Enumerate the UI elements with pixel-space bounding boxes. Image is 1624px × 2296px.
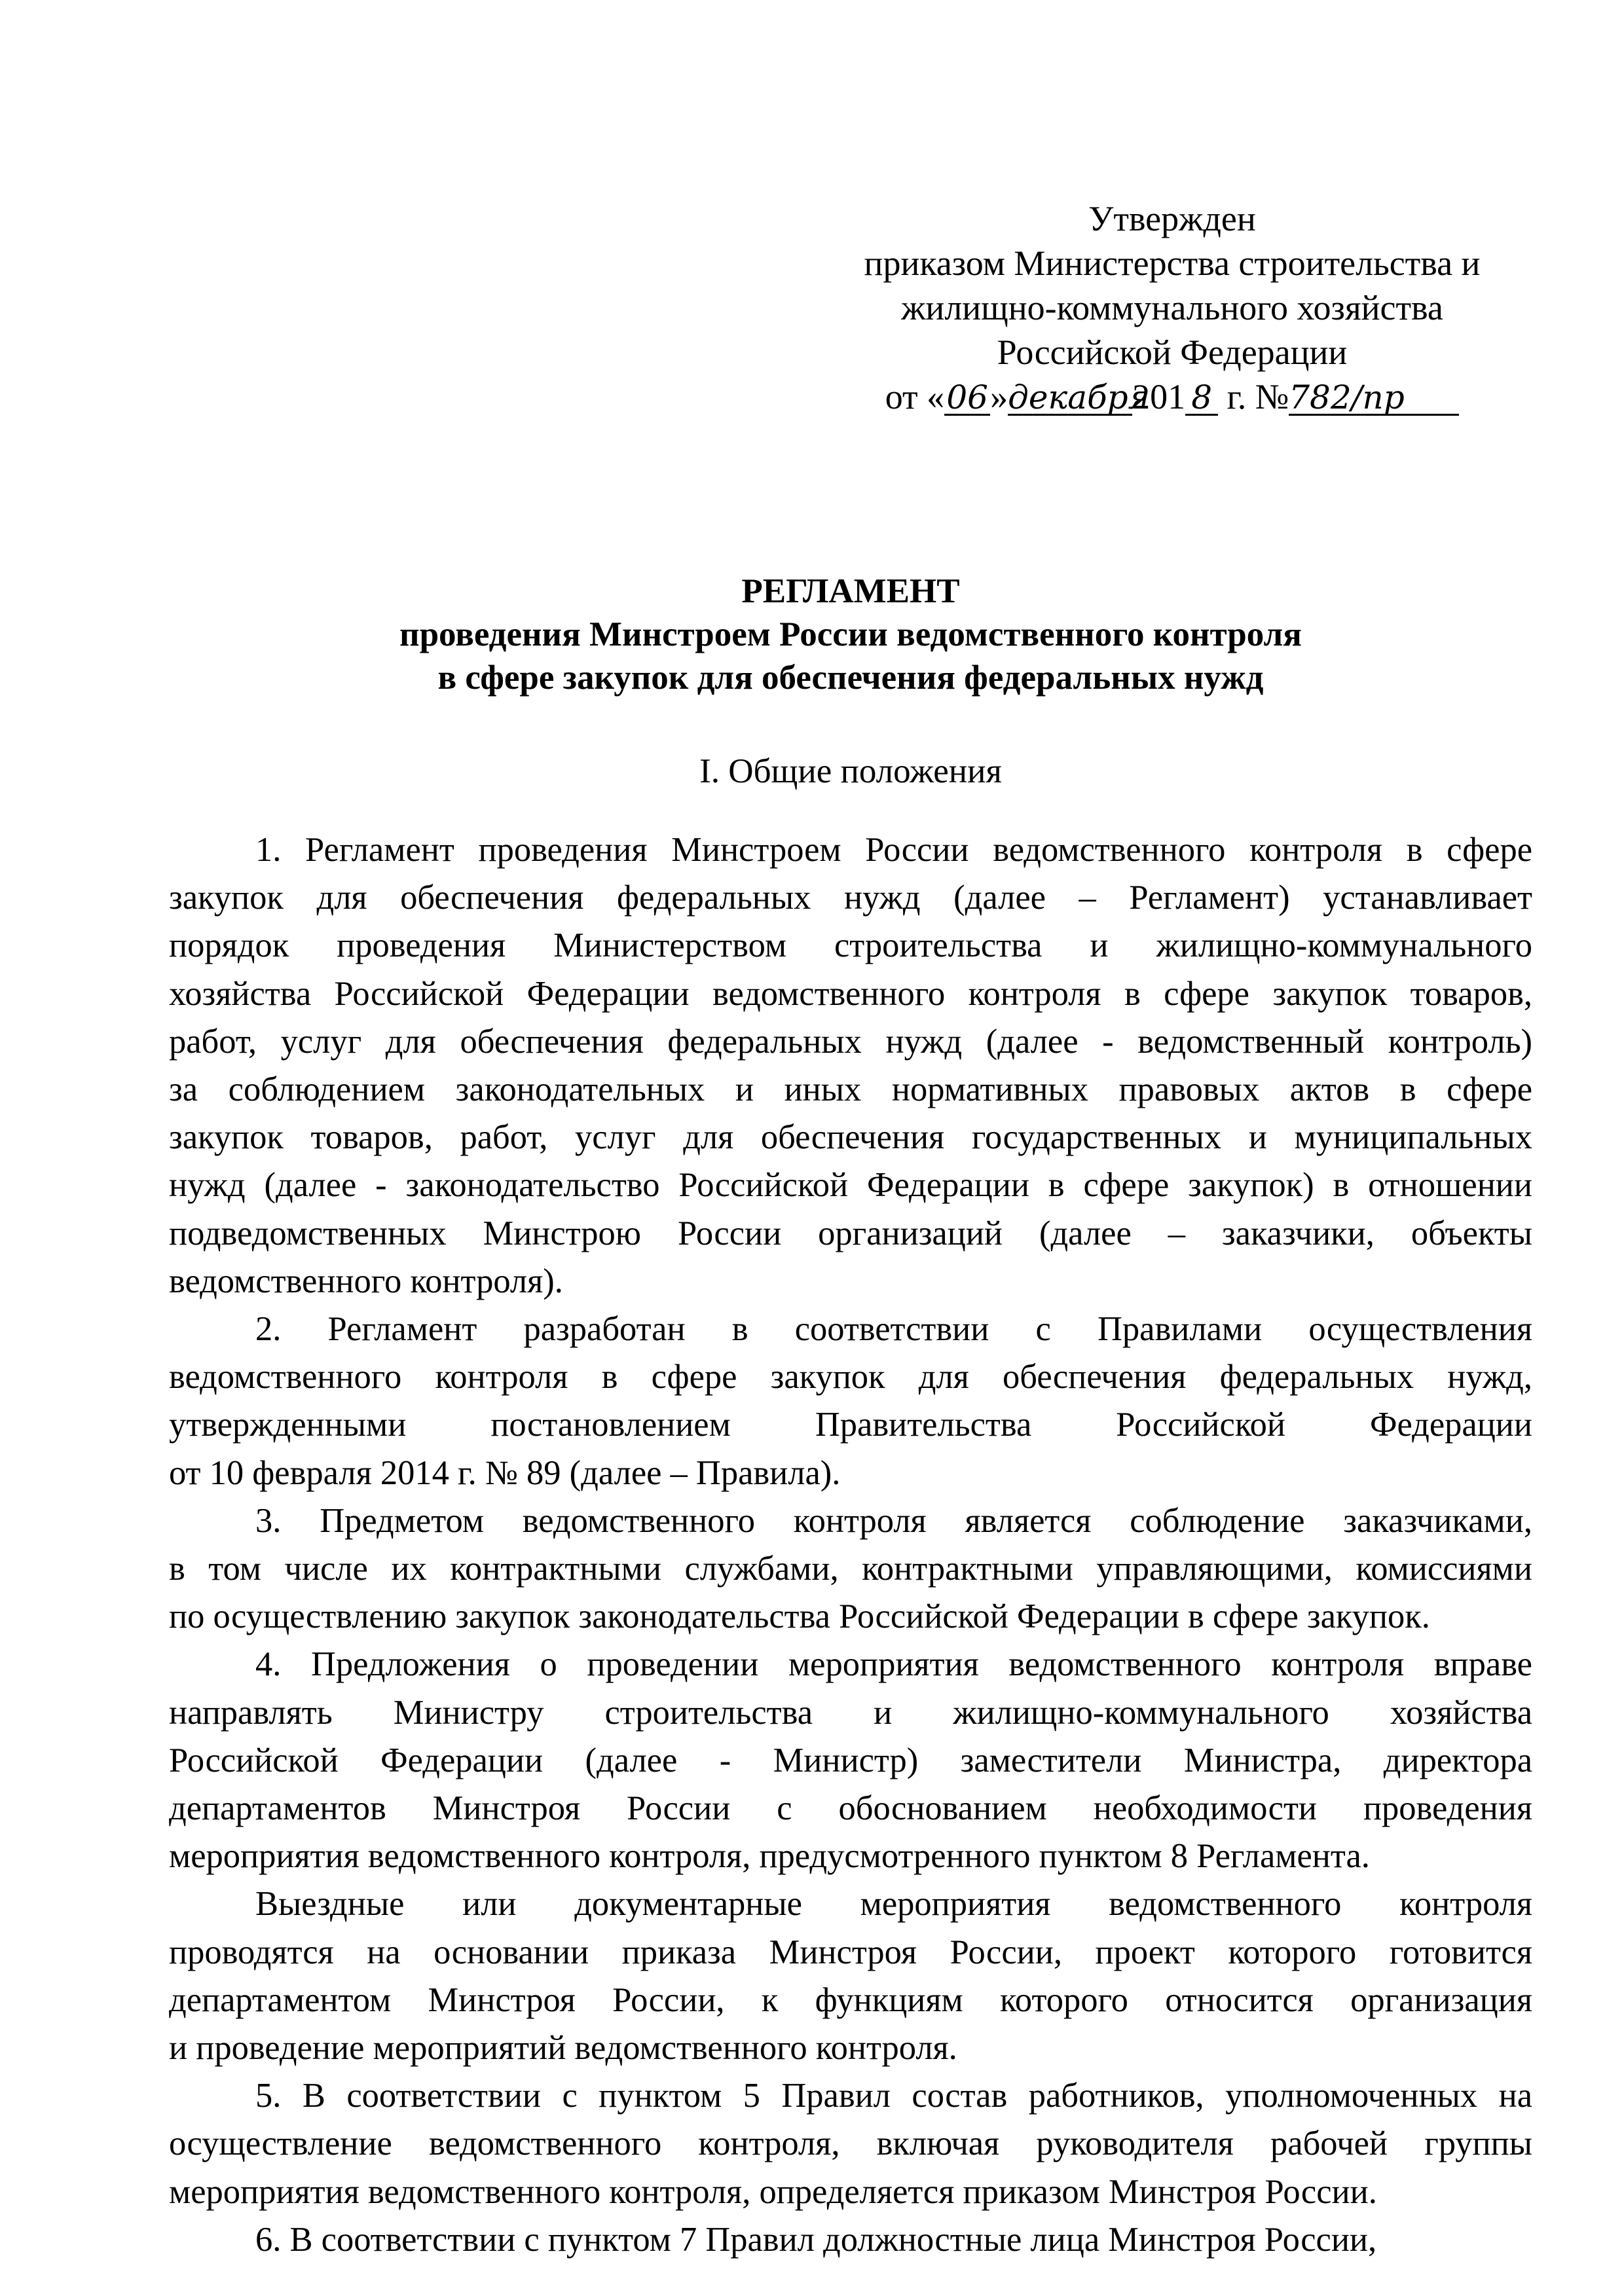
body-line: порядок проведения Министерством строите…	[169, 922, 1532, 970]
body-line: проводятся на основании приказа Минстроя…	[169, 1929, 1532, 1977]
body-line: Выездные или документарные мероприятия в…	[169, 1880, 1532, 1928]
handwritten-year-digit: 8	[1185, 381, 1218, 416]
body-line: по осуществлению закупок законодательств…	[169, 1593, 1532, 1641]
approval-line-1: Утвержден	[812, 196, 1532, 241]
section-heading: I. Общие положения	[169, 750, 1532, 793]
body-line: 1. Регламент проведения Минстроем России…	[169, 826, 1532, 874]
year-after: г. №	[1218, 377, 1289, 416]
body-line: Российской Федерации (далее - Министр) з…	[169, 1737, 1532, 1785]
body-line: 4. Предложения о проведении мероприятия …	[169, 1641, 1532, 1688]
body-line: мероприятия ведомственного контроля, пре…	[169, 1832, 1532, 1880]
body-line: 6. В соответствии с пунктом 7 Правил дол…	[169, 2216, 1532, 2264]
document-page: Утвержден приказом Министерства строител…	[0, 0, 1624, 2296]
date-prefix: от «	[885, 377, 944, 416]
approval-line-3: жилищно-коммунального хозяйства	[812, 285, 1532, 330]
body-line: и проведение мероприятий ведомственного …	[169, 2024, 1532, 2072]
handwritten-order-number: 782/пр	[1289, 381, 1459, 416]
title-subtitle-2: в сфере закупок для обеспечения федераль…	[169, 656, 1532, 699]
body-line: за соблюдением законодательных и иных но…	[169, 1066, 1532, 1114]
body-line: департаментов Минстроя России с обоснова…	[169, 1785, 1532, 1832]
body-line: осуществление ведомственного контроля, в…	[169, 2120, 1532, 2168]
body-line: департаментом Минстроя России, к функция…	[169, 1977, 1532, 2024]
document-title: РЕГЛАМЕНТ проведения Минстроем России ве…	[169, 570, 1532, 699]
body-line: подведомственных Минстрою России организ…	[169, 1210, 1532, 1258]
handwritten-day: 06	[944, 381, 990, 416]
body-line: 2. Регламент разработан в соответствии с…	[169, 1305, 1532, 1353]
body-line: закупок для обеспечения федеральных нужд…	[169, 874, 1532, 922]
body-line: ведомственного контроля в сфере закупок …	[169, 1353, 1532, 1401]
handwritten-month: декабря	[1008, 381, 1132, 416]
title-subtitle-1: проведения Минстроем России ведомственно…	[169, 613, 1532, 656]
body-line: 3. Предметом ведомственного контроля явл…	[169, 1497, 1532, 1545]
approval-date-line: от «06»декабря2018 г. №782/пр	[812, 374, 1532, 419]
title-heading: РЕГЛАМЕНТ	[169, 570, 1532, 613]
approval-line-4: Российской Федерации	[812, 330, 1532, 374]
body-line: хозяйства Российской Федерации ведомстве…	[169, 970, 1532, 1018]
body-line: в том числе их контрактными службами, ко…	[169, 1545, 1532, 1593]
body-line: ведомственного контроля).	[169, 1258, 1532, 1305]
body-line: нужд (далее - законодательство Российско…	[169, 1161, 1532, 1209]
body-line: утвержденными постановлением Правительст…	[169, 1401, 1532, 1449]
quote-close: »	[990, 377, 1008, 416]
year-prefix: 201	[1132, 377, 1185, 416]
body-line: закупок товаров, работ, услуг для обеспе…	[169, 1114, 1532, 1161]
body-line: от 10 февраля 2014 г. № 89 (далее – Прав…	[169, 1449, 1532, 1497]
body-line: 5. В соответствии с пунктом 5 Правил сос…	[169, 2072, 1532, 2120]
body-line: направлять Министру строительства и жили…	[169, 1689, 1532, 1737]
approval-stamp: Утвержден приказом Министерства строител…	[812, 196, 1532, 419]
body-line: работ, услуг для обеспечения федеральных…	[169, 1018, 1532, 1066]
approval-line-2: приказом Министерства строительства и	[812, 241, 1532, 285]
body-text: 1. Регламент проведения Минстроем России…	[169, 826, 1532, 2264]
body-line: мероприятия ведомственного контроля, опр…	[169, 2168, 1532, 2216]
